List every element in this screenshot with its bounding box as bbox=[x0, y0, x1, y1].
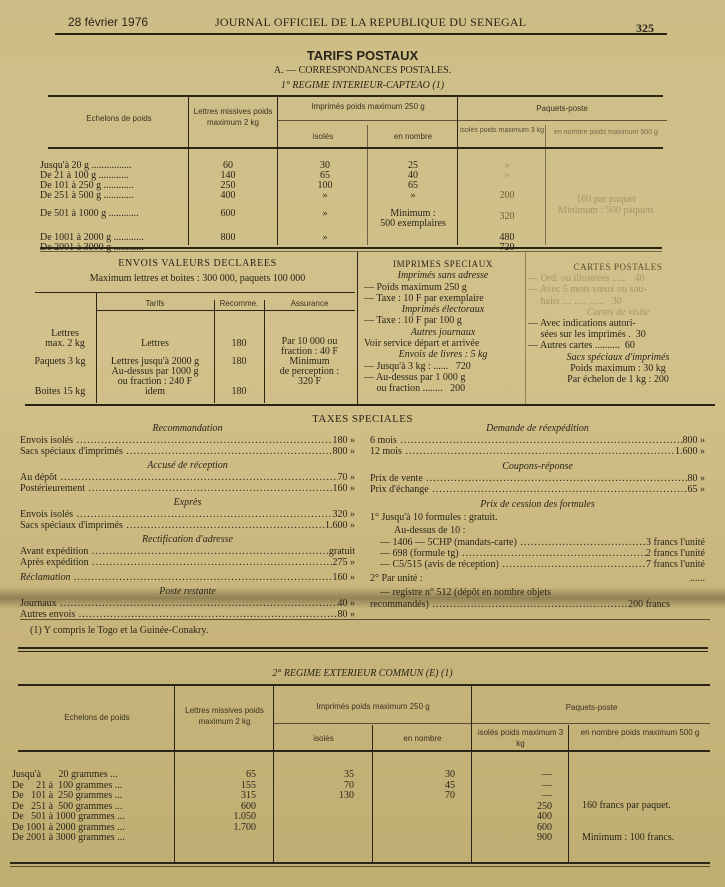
cell-value: 600 bbox=[190, 207, 266, 227]
taxes-line: recommandés)200 francs bbox=[370, 599, 670, 610]
cell-value: 800 bbox=[190, 233, 266, 243]
valeurs-assurance: Par 10 000 ou fraction : 40 F Minimum de… bbox=[264, 337, 355, 387]
col-paquets: Paquets-poste bbox=[473, 702, 710, 713]
line-value: 800 » bbox=[683, 435, 706, 446]
line-value: 70 » bbox=[338, 472, 356, 483]
line-value: 7 francs l'unité bbox=[646, 559, 705, 570]
valeurs-subtitle: Maximum lettres et boites : 300 000, paq… bbox=[40, 273, 355, 284]
regime2-title: 2° REGIME EXTERIEUR COMMUN (E) (1) bbox=[0, 668, 725, 679]
col-paquets-nombre: en nombre poids maximum 500 g bbox=[547, 128, 665, 138]
cell-value: » bbox=[290, 233, 360, 243]
note-line: Minimum : 500 paquets bbox=[547, 206, 665, 217]
line-value: 160 » bbox=[333, 572, 356, 583]
table1-nombre-values: 25 40 65 » Minimum : 500 exemplaires bbox=[369, 161, 457, 229]
taxes-section-heading: Recommandation bbox=[20, 423, 355, 435]
line-label: Après expédition bbox=[20, 557, 333, 568]
line-value: 1.600 » bbox=[325, 520, 355, 531]
cartes-postales-block: CARTES POSTALES — Ord. ou illustrées ...… bbox=[528, 262, 708, 385]
taxes-line: Sacs spéciaux d'imprimés1.600 » bbox=[20, 520, 355, 531]
cell-value: 400 bbox=[520, 812, 552, 823]
cell-value: 65 bbox=[190, 770, 256, 781]
taxes-line: — 1406 — 5CHP (mandats-carte)3 francs l'… bbox=[370, 537, 705, 548]
block-line: ou fraction ........ 200 bbox=[358, 383, 528, 394]
table2-labels: Jusqu'à 20 grammes ... De 21 à 100 gramm… bbox=[12, 770, 172, 844]
cell-value: 70 bbox=[400, 791, 455, 802]
col-imprimes: Imprimés poids maximum 250 g bbox=[275, 701, 471, 712]
table2-top-rule2 bbox=[18, 651, 708, 652]
page-title: TARIFS POSTAUX bbox=[0, 48, 725, 63]
imprimes-speciaux-block: IMPRIMES SPECIAUX Imprimés sans adresse … bbox=[358, 259, 528, 395]
cell-value: 35 bbox=[300, 770, 354, 781]
col-imprimes: Imprimés poids maximum 250 g bbox=[279, 101, 457, 112]
taxes-line: Sacs spéciaux d'imprimés800 » bbox=[20, 446, 355, 457]
block-line: — Poids maximum 250 g bbox=[358, 282, 528, 293]
block-line: Imprimés électoraux bbox=[358, 304, 528, 315]
line-label: Prix d'échange bbox=[370, 484, 688, 495]
cell-value: 500 exemplaires bbox=[369, 219, 457, 229]
col-imprimes-nombre: en nombre bbox=[374, 733, 471, 744]
line-label: 12 mois bbox=[370, 446, 675, 457]
line-label: Réclamation bbox=[20, 572, 333, 583]
block-line: — Jusqu'à 3 kg : ...... 720 bbox=[358, 361, 528, 372]
taxes-line: — C5/515 (avis de réception)7 francs l'u… bbox=[370, 559, 705, 570]
col-imprimes-isoles: isolés bbox=[275, 733, 372, 744]
taxes-line: 2° Par unité :...... bbox=[370, 573, 705, 584]
issue-date: 28 février 1976 bbox=[68, 15, 148, 29]
col-imprimes-nombre: en nombre bbox=[369, 131, 457, 142]
header-rule bbox=[55, 33, 667, 35]
line-label: Au dépôt bbox=[20, 472, 338, 483]
table1-isoles-values: 30 65 100 » » » bbox=[290, 161, 360, 243]
line-value: 80 » bbox=[688, 473, 706, 484]
cell-value: 400 bbox=[190, 191, 266, 207]
block-line: — Avec indications autori- bbox=[528, 318, 708, 329]
table1-lettres-values: 60 140 250 400 600 800 bbox=[190, 161, 266, 243]
col-paquets-isoles: isolés poids maximum 3 kg bbox=[473, 727, 568, 749]
table1-divider bbox=[545, 125, 546, 245]
table2-top-rule bbox=[18, 647, 708, 649]
cell-value: » bbox=[490, 171, 524, 181]
taxes-plain-line: 1° Jusqu'à 10 formules : gratuit. bbox=[370, 511, 705, 524]
table2-paquets-isoles-values: — — — 250 400 600 900 bbox=[520, 770, 552, 844]
cell-value: 900 bbox=[520, 833, 552, 844]
table2-header-top-rule bbox=[18, 684, 710, 686]
table1-labels: Jusqu'à 20 g ................ De 21 à 10… bbox=[40, 161, 186, 253]
valeurs-tarif: idem bbox=[96, 387, 214, 398]
taxes-line: 12 mois1.600 » bbox=[370, 446, 705, 457]
cell-value: » bbox=[369, 191, 457, 207]
taxes-line: Prix d'échange65 » bbox=[370, 484, 705, 495]
block-line: sées sur les imprimés . 30 bbox=[528, 329, 708, 340]
line-label: Sacs spéciaux d'imprimés bbox=[20, 520, 325, 531]
table-row-label: De 501 à 1000 g ............ bbox=[40, 207, 186, 227]
block-line: — Au-dessus par 1 000 g bbox=[358, 372, 528, 383]
block-line: — Taxe : 10 F par 100 g bbox=[358, 315, 528, 326]
taxes-line: Envois isolés320 » bbox=[20, 509, 355, 520]
imprimes-speciaux-title: IMPRIMES SPECIAUX bbox=[358, 259, 528, 270]
cell-value: » bbox=[290, 207, 360, 227]
line-label: Avant expédition bbox=[20, 546, 329, 557]
regime1-title: 1° REGIME INTERIEUR-CAPTEAO (1) bbox=[0, 80, 725, 91]
journal-title: JOURNAL OFFICIEL DE LA REPUBLIQUE DU SEN… bbox=[215, 15, 526, 30]
block-line: Autres journaux bbox=[358, 327, 528, 338]
taxes-section-heading: Demande de réexpédition bbox=[370, 423, 705, 435]
table1-paquets-nombre-note: 160 par paquet Minimum : 500 paquets bbox=[547, 195, 665, 216]
col-paquets: Paquets-poste bbox=[459, 103, 665, 114]
taxes-line: Avant expéditiongratuit bbox=[20, 546, 355, 557]
table-row-label: Jusqu'à 20 grammes ... bbox=[12, 770, 172, 781]
taxes-line: — 698 (formule tg)2 francs l'unité bbox=[370, 548, 705, 559]
line-label: Envois isolés bbox=[20, 435, 333, 446]
table2-lettres-values: 65 155 315 600 1.050 1.700 bbox=[190, 770, 256, 833]
valeurs-row-label: Lettres max. 2 kg bbox=[35, 329, 95, 349]
col-recomme: Recomme. bbox=[214, 298, 264, 309]
taxes-left-column: Recommandation Envois isolés180 » Sacs s… bbox=[20, 423, 355, 620]
table1-header-rule bbox=[48, 147, 663, 149]
cell-value: 320 bbox=[490, 207, 524, 227]
line-label: recommandés) bbox=[370, 599, 628, 610]
taxes-line: Prix de vente80 » bbox=[370, 473, 705, 484]
table-row-label: De 101 à 250 grammes ... bbox=[12, 791, 172, 802]
cell-value: » bbox=[290, 191, 360, 207]
table2-isoles-values: 35 70 130 bbox=[300, 770, 354, 802]
valeurs-subheader-rule bbox=[96, 310, 355, 311]
note-line: 160 par paquet bbox=[547, 195, 665, 206]
valeurs-recomme: 180 bbox=[214, 387, 264, 398]
footnote: (1) Y compris le Togo et la Guinée-Conak… bbox=[30, 625, 208, 636]
col-paquets-nombre: en nombre poids maximum 500 g bbox=[570, 727, 710, 738]
block-line: Envois de livres : 5 kg bbox=[358, 349, 528, 360]
taxes-line: Postérieurement160 » bbox=[20, 483, 355, 494]
taxes-line: Réclamation160 » bbox=[20, 572, 355, 583]
taxes-line: Envois isolés180 » bbox=[20, 435, 355, 446]
taxes-section-heading: Rectification d'adresse bbox=[20, 534, 355, 546]
line-value: 200 francs bbox=[628, 599, 670, 610]
col-echelons: Echelons de poids bbox=[50, 113, 188, 124]
line-value: ...... bbox=[690, 573, 705, 584]
valeurs-title: ENVOIS VALEURS DECLAREES bbox=[40, 258, 355, 269]
table2-nombre-values: 30 45 70 bbox=[400, 770, 455, 802]
valeurs-tarif: Lettres jusqu'à 2000 g Au-dessus par 100… bbox=[96, 357, 214, 387]
footnote-rule bbox=[20, 619, 710, 620]
assurance-line: 320 F bbox=[264, 377, 355, 387]
table2-bottom-rule bbox=[10, 862, 710, 864]
cell-value: 315 bbox=[190, 791, 256, 802]
line-label: Envois isolés bbox=[20, 509, 333, 520]
cell-value: 30 bbox=[400, 770, 455, 781]
line-value: 160 » bbox=[333, 483, 356, 494]
taxes-line: Au dépôt70 » bbox=[20, 472, 355, 483]
taxes-line: Après expédition275 » bbox=[20, 557, 355, 568]
table2-divider bbox=[174, 686, 175, 864]
block-line: Imprimés sans adresse bbox=[358, 270, 528, 281]
cartes-postales-title: CARTES POSTALES bbox=[528, 262, 708, 273]
block-line: — Taxe : 10 F par exemplaire bbox=[358, 293, 528, 304]
valeurs-recomme: 180 bbox=[214, 357, 264, 368]
taxes-section-heading: Exprès bbox=[20, 497, 355, 509]
block-line: Sacs spéciaux d'imprimés bbox=[528, 352, 708, 363]
section-a-title: A. — CORRESPONDANCES POSTALES. bbox=[0, 65, 725, 76]
valeurs-row-label: Boites 15 kg bbox=[25, 387, 95, 398]
table-row-label: De 251 à 500 g ............ bbox=[40, 191, 186, 207]
block-divider bbox=[525, 252, 526, 404]
table2-header-rule bbox=[18, 750, 710, 752]
taxes-right-column: Demande de réexpédition 6 mois800 » 12 m… bbox=[370, 423, 705, 610]
line-label: Prix de vente bbox=[370, 473, 688, 484]
cell-value: 1.700 bbox=[190, 823, 256, 834]
block-line: — Autres cartes .......... 60 bbox=[528, 340, 708, 351]
table1-divider bbox=[367, 125, 368, 245]
line-value: 320 » bbox=[333, 509, 356, 520]
cell-value: — bbox=[520, 770, 552, 781]
valeurs-header-rule bbox=[35, 292, 355, 293]
line-value: 2 francs l'unité bbox=[646, 548, 705, 559]
block-line: — Avec 5 mots vœux ou sou- bbox=[528, 284, 708, 295]
block-line: Voir service départ et arrivée bbox=[358, 338, 528, 349]
line-label: — 698 (formule tg) bbox=[380, 548, 646, 559]
cell-value: 200 bbox=[490, 191, 524, 207]
line-label: Journaux bbox=[20, 598, 338, 609]
table1-bottom-rule bbox=[40, 247, 662, 249]
valeurs-tarif: Lettres bbox=[96, 339, 214, 350]
table1-divider bbox=[188, 97, 189, 245]
col-lettres: Lettres missives poids maximum 2 kg bbox=[190, 106, 276, 128]
taxes-section-heading: Prix de cession des formules bbox=[370, 499, 705, 511]
table1-bottom-rule2 bbox=[40, 251, 662, 252]
taxes-plain-line: Au-dessus de 10 : bbox=[370, 524, 705, 537]
col-echelons: Echelons de poids bbox=[20, 712, 174, 723]
taxes-top-rule bbox=[25, 404, 715, 406]
col-tarifs: Tarifs bbox=[96, 298, 214, 309]
table-row-label: De 501 à 1000 grammes ... bbox=[12, 812, 172, 823]
block-line: Poids maximum : 30 kg bbox=[528, 363, 708, 374]
col-imprimes-isoles: isolés bbox=[279, 131, 367, 142]
line-value: 275 » bbox=[333, 557, 356, 568]
table2-paquets-nombre-note: Minimum : 100 francs. bbox=[582, 833, 674, 844]
line-value: 40 » bbox=[338, 598, 356, 609]
cell-value: 130 bbox=[300, 791, 354, 802]
table1-paquets-isoles-values: » » 200 320 480 720 bbox=[490, 161, 524, 253]
cell-value: — bbox=[520, 791, 552, 802]
block-line: Cartes de visite bbox=[528, 307, 708, 318]
table-row-label: De 2001 à 3000 grammes ... bbox=[12, 833, 172, 844]
taxes-section-heading: Poste restante bbox=[20, 586, 355, 598]
line-label: 6 mois bbox=[370, 435, 683, 446]
valeurs-row-label: Paquets 3 kg bbox=[25, 357, 95, 368]
table2-divider bbox=[471, 686, 472, 864]
block-line: Par échelon de 1 kg : 200 bbox=[528, 374, 708, 385]
line-label: Sacs spéciaux d'imprimés bbox=[20, 446, 333, 457]
table1-subheader-rule bbox=[277, 120, 667, 121]
table2-divider bbox=[372, 725, 373, 864]
cell-value: 1.050 bbox=[190, 812, 256, 823]
line-value: 800 » bbox=[333, 446, 356, 457]
col-lettres: Lettres missives poids maximum 2 kg bbox=[176, 705, 273, 727]
table2-subheader-rule bbox=[273, 723, 710, 724]
valeurs-recomme: 180 bbox=[214, 339, 264, 350]
table1-top-rule bbox=[48, 95, 663, 97]
table2-divider bbox=[273, 686, 274, 864]
line-label: — 1406 — 5CHP (mandats-carte) bbox=[380, 537, 646, 548]
line-label: — C5/515 (avis de réception) bbox=[380, 559, 646, 570]
line-value: 65 » bbox=[688, 484, 706, 495]
taxes-section-heading: Coupons-réponse bbox=[370, 461, 705, 473]
taxes-line: Journaux40 » bbox=[20, 598, 355, 609]
line-value: 180 » bbox=[333, 435, 356, 446]
journal-page: 28 février 1976 JOURNAL OFFICIEL DE LA R… bbox=[0, 0, 725, 887]
table2-divider bbox=[568, 725, 569, 864]
taxes-line: 6 mois800 » bbox=[370, 435, 705, 446]
taxes-plain-line: — registre n° 512 (dépôt en nombre objet… bbox=[370, 587, 705, 599]
line-label: 2° Par unité : bbox=[370, 573, 690, 584]
col-assurance: Assurance bbox=[264, 298, 355, 309]
line-label: Postérieurement bbox=[20, 483, 333, 494]
line-value: 1.600 » bbox=[675, 446, 705, 457]
col-paquets-isoles: isolés poids maximum 3 kg bbox=[459, 126, 545, 136]
block-line: — Ord. ou illustrées ...... 40 bbox=[528, 273, 708, 284]
block-line: haits .... ..... ...... 30 bbox=[528, 296, 708, 307]
line-value: gratuit bbox=[329, 546, 355, 557]
table2-bottom-rule2 bbox=[10, 866, 710, 867]
line-value: 3 francs l'unité bbox=[646, 537, 705, 548]
taxes-section-heading: Accusé de réception bbox=[20, 460, 355, 472]
table2-paquets-nombre-note: 160 francs par paquet. bbox=[582, 801, 671, 812]
